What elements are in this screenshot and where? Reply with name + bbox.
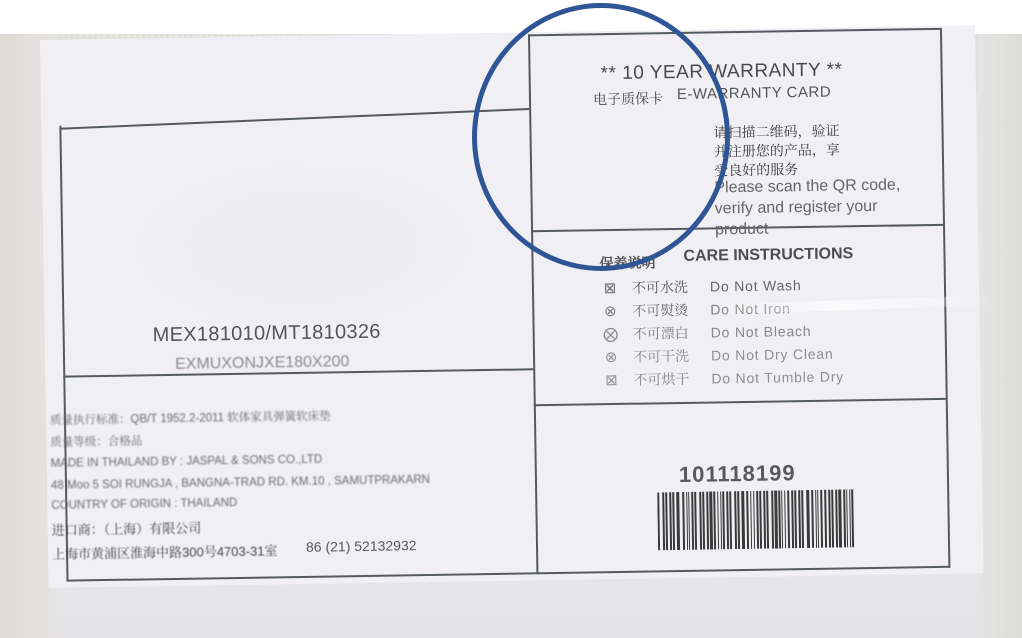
blurred-logo-area (112, 153, 495, 339)
care-item-cn: 不可烘干 (633, 369, 707, 390)
quality-grade: 质量等级：合格品 (50, 432, 142, 449)
care-item: ⨂ 不可漂白 Do Not Bleach (601, 320, 812, 345)
divider-line (59, 126, 68, 581)
model-number: MEX181010/MT1810326 (152, 321, 380, 348)
care-item-en: Do Not Wash (710, 277, 802, 294)
manufacturer: MADE IN THAILAND BY : JASPAL & SONS CO.,… (51, 454, 323, 470)
do-not-dry-clean-icon: ⊗ (601, 348, 621, 366)
care-item-cn: 不可干洗 (633, 346, 707, 367)
scan-instruction-en: Please scan the QR code, verify and regi… (714, 175, 901, 241)
importer: 进口商：（上海）有限公司 (52, 518, 202, 539)
care-item-en: Do Not Dry Clean (711, 346, 834, 364)
importer-name: （上海）有限公司 (104, 521, 202, 538)
annotation-circle (472, 3, 730, 271)
country-of-origin: COUNTRY OF ORIGIN : THAILAND (51, 497, 237, 512)
manufacturer-address: 48 Moo 5 SOI RUNGJA , BANGNA-TRAD RD. KM… (51, 474, 430, 492)
care-item-en: Do Not Bleach (711, 323, 812, 341)
do-not-bleach-icon: ⨂ (601, 325, 621, 343)
divider-line (59, 108, 529, 129)
divider-line (534, 398, 946, 406)
care-item-cn: 不可漂白 (633, 323, 707, 344)
fabric-right (978, 34, 1022, 638)
importer-phone: 86 (21) 52132932 (306, 537, 417, 555)
barcode-number: 101118199 (679, 460, 796, 488)
care-item-en: Do Not Tumble Dry (711, 368, 844, 386)
care-item-cn: 不可熨烫 (632, 300, 706, 321)
do-not-tumble-dry-icon: ⊠ (601, 371, 621, 389)
care-item: ⊠ 不可烘干 Do Not Tumble Dry (601, 365, 844, 391)
care-item: ⊠ 不可水洗 Do Not Wash (600, 274, 802, 299)
do-not-iron-icon: ⊗ (600, 302, 620, 320)
size-code: EXMUXONJXE180X200 (175, 353, 350, 374)
care-heading-en: CARE INSTRUCTIONS (683, 245, 853, 266)
importer-address: 上海市黄浦区淮海中路300号4703-31室 (52, 540, 278, 563)
care-item: ⊗ 不可干洗 Do Not Dry Clean (601, 343, 834, 369)
barcode (657, 489, 858, 550)
scan-instruction-cn: 请扫描二维码，验证 并注册您的产品，享 受良好的服务 (713, 121, 840, 180)
do-not-wash-icon: ⊠ (600, 279, 620, 297)
care-item-cn: 不可水洗 (632, 277, 706, 298)
importer-label: 进口商： (52, 522, 104, 538)
quality-standard: 质量执行标准：QB/T 1952.2-2011 软体家具弹簧软床垫 (50, 407, 331, 427)
